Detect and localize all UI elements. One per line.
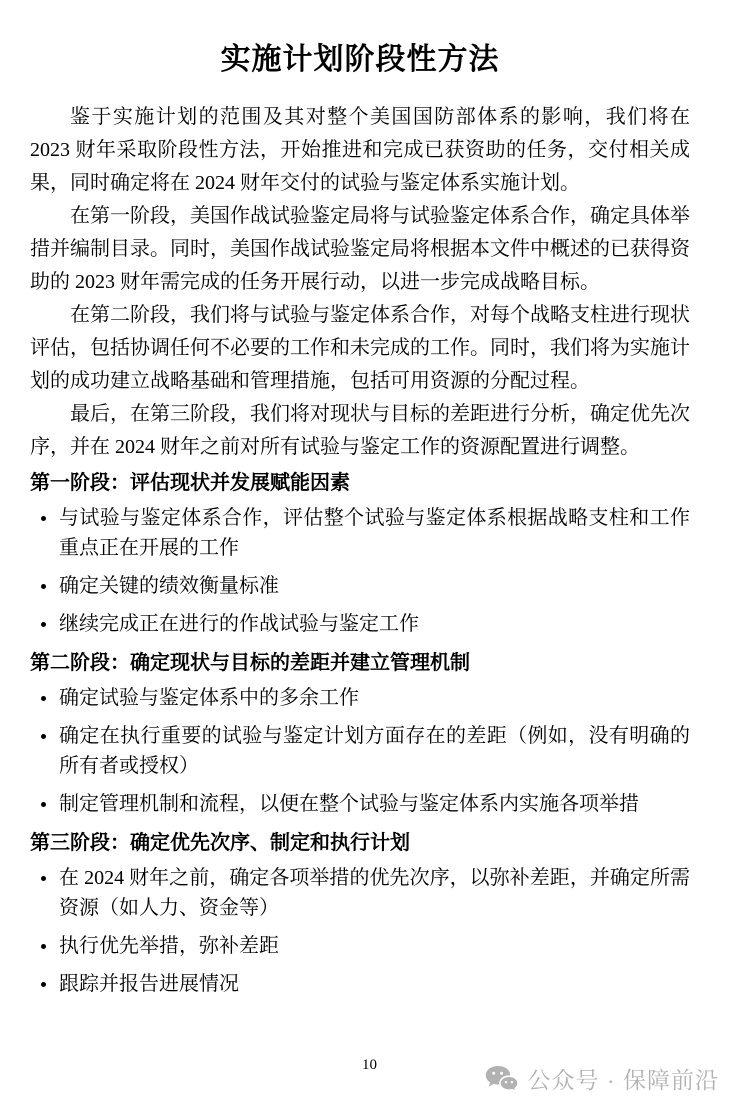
section-heading: 第一阶段：评估现状并发展赋能因素: [30, 467, 690, 500]
bullet-item: 确定在执行重要的试验与鉴定计划方面存在的差距（例如，没有明确的所有者或授权）: [30, 721, 690, 781]
bullet-list: 与试验与鉴定体系合作，评估整个试验与鉴定体系根据战略支柱和工作重点正在开展的工作…: [30, 503, 690, 639]
bullet-list: 在 2024 财年之前，确定各项举措的优先次序，以弥补差距，并确定所需资源（如人…: [30, 863, 690, 999]
section-heading: 第二阶段：确定现状与目标的差距并建立管理机制: [30, 647, 690, 680]
watermark: 公众号 · 保障前沿: [485, 1062, 719, 1095]
watermark-text: 公众号 · 保障前沿: [528, 1062, 719, 1095]
bullet-item: 执行优先举措，弥补差距: [30, 931, 690, 961]
bullet-item: 继续完成正在进行的作战试验与鉴定工作: [30, 609, 690, 639]
paragraph: 最后，在第三阶段，我们将对现状与目标的差距进行分析，确定优先次序，并在 2024…: [30, 398, 690, 464]
section-phase-2: 第二阶段：确定现状与目标的差距并建立管理机制 确定试验与鉴定体系中的多余工作 确…: [30, 647, 690, 819]
wechat-icon: [485, 1065, 519, 1093]
paragraph: 在第一阶段，美国作战试验鉴定局将与试验鉴定体系合作，确定具体举措并编制目录。同时…: [30, 200, 690, 299]
bullet-item: 在 2024 财年之前，确定各项举措的优先次序，以弥补差距，并确定所需资源（如人…: [30, 863, 690, 923]
bullet-list: 确定试验与鉴定体系中的多余工作 确定在执行重要的试验与鉴定计划方面存在的差距（例…: [30, 683, 690, 819]
bullet-item: 跟踪并报告进展情况: [30, 969, 690, 999]
document-page: 实施计划阶段性方法 鉴于实施计划的范围及其对整个美国国防部体系的影响，我们将在 …: [0, 0, 739, 1111]
bullet-item: 与试验与鉴定体系合作，评估整个试验与鉴定体系根据战略支柱和工作重点正在开展的工作: [30, 503, 690, 563]
page-title: 实施计划阶段性方法: [30, 42, 690, 78]
bullet-item: 确定试验与鉴定体系中的多余工作: [30, 683, 690, 713]
section-phase-3: 第三阶段：确定优先次序、制定和执行计划 在 2024 财年之前，确定各项举措的优…: [30, 827, 690, 999]
section-heading: 第三阶段：确定优先次序、制定和执行计划: [30, 827, 690, 860]
bullet-item: 制定管理机制和流程，以便在整个试验与鉴定体系内实施各项举措: [30, 789, 690, 819]
paragraph: 鉴于实施计划的范围及其对整个美国国防部体系的影响，我们将在 2023 财年采取阶…: [30, 101, 690, 200]
paragraph: 在第二阶段，我们将与试验与鉴定体系合作，对每个战略支柱进行现状评估，包括协调任何…: [30, 299, 690, 398]
bullet-item: 确定关键的绩效衡量标准: [30, 571, 690, 601]
section-phase-1: 第一阶段：评估现状并发展赋能因素 与试验与鉴定体系合作，评估整个试验与鉴定体系根…: [30, 467, 690, 639]
